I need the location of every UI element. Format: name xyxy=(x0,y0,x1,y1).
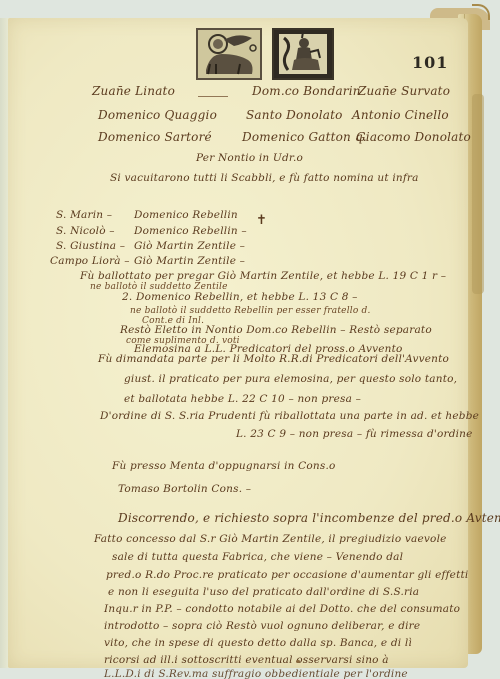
parish-label: S. Nicolò – xyxy=(56,225,115,237)
parish-label: S. Giustina – xyxy=(56,240,125,252)
header-name: Domenico Gatton q. xyxy=(242,130,367,144)
manuscript-line: e non li eseguita l'uso del praticato da… xyxy=(108,586,419,598)
manuscript-line: Fù presso Menta d'oppugnarsi in Cons.o xyxy=(112,460,336,472)
header-name: Giacomo Donolato xyxy=(356,130,471,144)
lion-of-st-mark-woodcut xyxy=(196,28,262,80)
manuscript-line: pred.o R.do Proc.re praticato per occasi… xyxy=(106,569,468,581)
manuscript-line: Tomaso Bortolin Cons. – xyxy=(118,483,251,495)
interlinear-note: ne ballotò il suddetto Rebellin per esse… xyxy=(130,306,371,316)
parish-label: S. Marin – xyxy=(56,209,112,221)
nominee-name: Domenico Rebellin – xyxy=(134,225,247,237)
winged-lion-icon xyxy=(198,30,260,78)
manuscript-line: Inqu.r in P.P. – condotto notabile ai de… xyxy=(104,603,460,615)
dash xyxy=(198,96,228,97)
manuscript-line: L.L.D.i di S.Rev.ma suffragio obbedienti… xyxy=(104,668,408,679)
manuscript-line: Fù ballottato per pregar Giò Martin Zent… xyxy=(80,270,446,282)
header-name: Domenico Quaggio xyxy=(98,108,217,122)
header-name: Zuan̄e Survato xyxy=(358,84,450,98)
manuscript-line: Si vacuitarono tutti li Scabbli, e fù fa… xyxy=(110,172,419,184)
manuscript-line: L. 23 C 9 – non presa – fù rimessa d'ord… xyxy=(236,428,473,440)
manuscript-line: sale di tutta questa Fabrica, che viene … xyxy=(112,551,403,563)
manuscript-line: vito, che in spese di questo detto dalla… xyxy=(104,637,412,649)
nominee-name: Domenico Rebellin xyxy=(134,209,238,221)
page-number: 101 xyxy=(412,53,448,72)
header-name: Domenico Sartoré xyxy=(98,130,212,144)
curled-page-fragment xyxy=(472,4,490,20)
manuscript-line: et ballotata hebbe L. 22 C 10 – non pres… xyxy=(124,393,361,405)
header-name: Zuan̄e Linato xyxy=(92,84,175,98)
saint-woodcut xyxy=(272,28,334,80)
manuscript-line: Discorrendo, e richiesto sopra l'incombe… xyxy=(118,511,500,525)
header-name: Antonio Cinello xyxy=(352,108,449,122)
manuscript-line: ricorsi ad ill.i sottoscritti eventual o… xyxy=(104,654,389,666)
nominee-name: Giò Martin Zentile – xyxy=(134,240,245,252)
header-name: Dom.co Bondarin xyxy=(252,84,361,98)
manuscript-line: Restò Eletto in Nontio Dom.co Rebellin –… xyxy=(120,324,432,336)
manuscript-line: giust. il praticato per pura elemosina, … xyxy=(124,373,457,385)
manuscript-line: Fù dimandata parte per li Molto R.R.di P… xyxy=(98,353,449,365)
nominee-name: Giò Martin Zentile – xyxy=(134,255,245,267)
parish-label: Campo Liorà – xyxy=(50,255,130,267)
mounted-saint-icon xyxy=(274,30,332,78)
header-name: Santo Donolato xyxy=(246,108,343,122)
manuscript-line: D'ordine di S. S.ria Prudenti fù riballo… xyxy=(100,410,479,422)
cross-mark-icon: ✝ xyxy=(256,213,267,228)
ink-mark xyxy=(296,660,300,663)
manuscript-line: 2. Domenico Rebellin, et hebbe L. 13 C 8… xyxy=(122,291,358,303)
section-heading: Per Nontio in Udr.o xyxy=(196,152,303,164)
manuscript-line: Fatto concesso dal S.r Giò Martin Zentil… xyxy=(94,533,447,545)
manuscript-line: introdotto – sopra ciò Restò vuol ognuno… xyxy=(104,620,420,632)
